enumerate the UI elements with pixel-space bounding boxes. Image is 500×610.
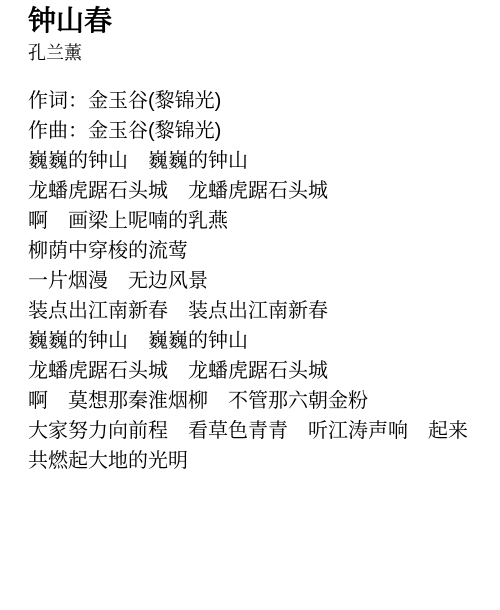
lyric-line: 啊 莫想那秦淮烟柳 不管那六朝金粉 bbox=[28, 386, 480, 416]
lyric-line: 龙蟠虎踞石头城 龙蟠虎踞石头城 bbox=[28, 176, 480, 206]
lyric-line: 啊 画梁上呢喃的乳燕 bbox=[28, 206, 480, 236]
lyric-line: 装点出江南新春 装点出江南新春 bbox=[28, 296, 480, 326]
lyric-line: 大家努力向前程 看草色青青 听江涛声响 起来 bbox=[28, 416, 480, 446]
lyrics-page: 钟山春 孔兰薰 作词：金玉谷(黎锦光) 作曲：金玉谷(黎锦光) 巍巍的钟山 巍巍… bbox=[0, 0, 500, 610]
lyric-line: 巍巍的钟山 巍巍的钟山 bbox=[28, 326, 480, 356]
lyrics-block: 作词：金玉谷(黎锦光) 作曲：金玉谷(黎锦光) 巍巍的钟山 巍巍的钟山 龙蟠虎踞… bbox=[28, 86, 480, 476]
lyric-line: 龙蟠虎踞石头城 龙蟠虎踞石头城 bbox=[28, 356, 480, 386]
lyric-line: 作曲：金玉谷(黎锦光) bbox=[28, 116, 480, 146]
lyric-line: 共燃起大地的光明 bbox=[28, 446, 480, 476]
lyric-line: 柳荫中穿梭的流莺 bbox=[28, 236, 480, 266]
lyric-line: 一片烟漫 无边风景 bbox=[28, 266, 480, 296]
lyric-line: 作词：金玉谷(黎锦光) bbox=[28, 86, 480, 116]
artist-name: 孔兰薰 bbox=[28, 41, 480, 65]
song-title: 钟山春 bbox=[28, 3, 480, 39]
lyric-line: 巍巍的钟山 巍巍的钟山 bbox=[28, 146, 480, 176]
